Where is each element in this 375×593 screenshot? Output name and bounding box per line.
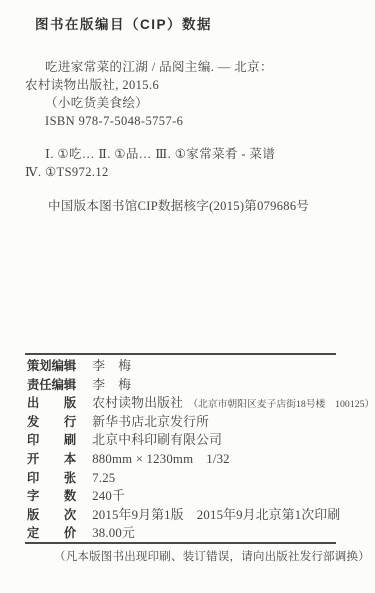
row-label: 策划编辑: [27, 357, 76, 376]
row-label: 版 次: [27, 506, 76, 525]
errata-exchange-note: （凡本版图书出现印刷、装订错误，请向出版社发行部调换）: [54, 548, 370, 564]
table-row: 发 行 新华书店北京发行所: [27, 413, 362, 432]
classification-line-2: Ⅳ. ①TS972.12: [25, 163, 360, 181]
table-row: 策划编辑 李 梅: [27, 357, 362, 376]
row-value: 农村读物出版社: [92, 394, 183, 413]
row-label: 字 数: [27, 487, 76, 506]
classification-line-1: Ⅰ. ①吃… Ⅱ. ①品… Ⅲ. ①家常菜肴 - 菜谱: [25, 145, 360, 163]
row-label: 定 价: [27, 524, 76, 543]
row-value: 李 梅: [92, 357, 131, 376]
row-value: 240千: [92, 487, 125, 506]
table-row: 定 价 38.00元: [27, 524, 362, 543]
publication-info-table: 策划编辑 李 梅 责任编辑 李 梅 出 版 农村读物出版社 （北京市朝阳区麦子店…: [27, 357, 362, 543]
row-value: 880mm × 1230mm 1/32: [92, 450, 230, 469]
publisher-address-note: （北京市朝阳区麦子店街18号楼 100125）: [188, 396, 374, 415]
row-value: 7.25: [92, 469, 115, 488]
row-label: 开 本: [27, 450, 76, 469]
cip-heading: 图书在版编目（CIP）数据: [35, 13, 212, 33]
table-row: 出 版 农村读物出版社 （北京市朝阳区麦子店街18号楼 100125）: [27, 394, 362, 413]
row-label: 印 刷: [27, 431, 76, 450]
table-row: 字 数 240千: [27, 487, 362, 506]
divider-bottom: [25, 542, 336, 544]
cip-classification-block: Ⅰ. ①吃… Ⅱ. ①品… Ⅲ. ①家常菜肴 - 菜谱 Ⅳ. ①TS972.12: [25, 145, 360, 181]
cip-title-line: 吃进家常菜的江湖 / 品阅主编. — 北京：: [25, 58, 360, 76]
table-row: 责任编辑 李 梅: [27, 376, 362, 395]
row-value: 北京中科印刷有限公司: [92, 431, 222, 450]
cip-series-line: （小吃货美食绘）: [25, 94, 360, 112]
cip-entry-block: 吃进家常菜的江湖 / 品阅主编. — 北京： 农村读物出版社, 2015.6 （…: [25, 58, 360, 130]
row-label: 印 张: [27, 469, 76, 488]
divider-top: [25, 353, 336, 355]
cip-publisher-line: 农村读物出版社, 2015.6: [25, 76, 360, 94]
row-value: 38.00元: [92, 524, 135, 543]
book-copyright-page: 图书在版编目（CIP）数据 吃进家常菜的江湖 / 品阅主编. — 北京： 农村读…: [0, 0, 375, 593]
row-value: 2015年9月第1版 2015年9月北京第1次印刷: [92, 506, 340, 525]
table-row: 印 张 7.25: [27, 469, 362, 488]
row-value: 新华书店北京发行所: [92, 413, 209, 432]
table-row: 印 刷 北京中科印刷有限公司: [27, 431, 362, 450]
row-label: 发 行: [27, 413, 76, 432]
table-row: 版 次 2015年9月第1版 2015年9月北京第1次印刷: [27, 506, 362, 525]
cip-record-number: 中国版本图书馆CIP数据核字(2015)第079686号: [48, 197, 309, 215]
row-label: 出 版: [27, 394, 76, 413]
row-label: 责任编辑: [27, 376, 76, 395]
table-row: 开 本 880mm × 1230mm 1/32: [27, 450, 362, 469]
row-value: 李 梅: [92, 376, 131, 395]
cip-isbn-line: ISBN 978-7-5048-5757-6: [25, 112, 360, 130]
